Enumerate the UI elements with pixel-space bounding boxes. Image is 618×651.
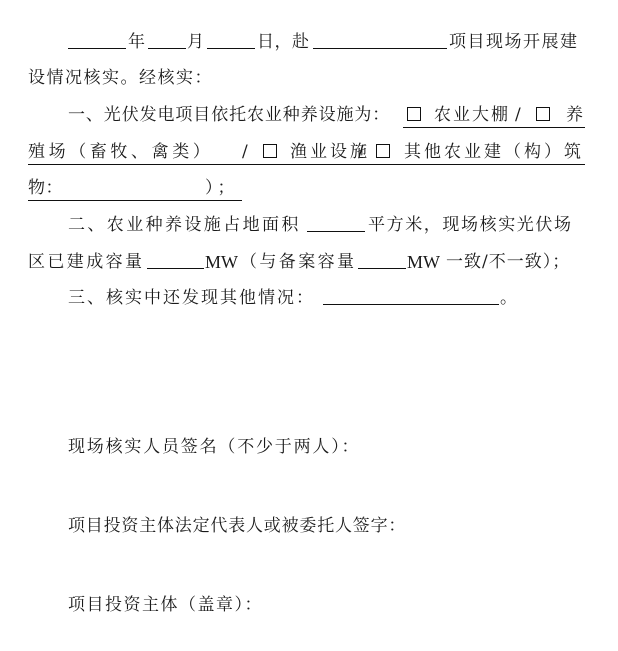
month-blank[interactable] [148, 48, 186, 49]
item1-line-3: 物： ）； [0, 173, 618, 203]
checkbox-icon [376, 144, 390, 158]
consistency-text: 一致/不一致）； [446, 247, 570, 277]
item2-unit: 平方米，现场核实光伏场 [368, 210, 573, 240]
month-label: 月 [187, 27, 205, 57]
item2-line2-lead: 区已建成容量 [28, 247, 144, 277]
item1-line-2: 殖场（畜牧、禽类） / 渔业设施 / 其他农业建（构）筑 [0, 137, 618, 167]
mw-unit-1: MW [205, 247, 238, 277]
legal-rep-label: 项目投资主体法定代表人或被委托人签字： [68, 511, 406, 541]
intro-line-2: 设情况核实。经核实： [0, 63, 618, 93]
intro-line-1: 年 月 日，赴 项目现场开展建 [0, 27, 618, 57]
item2-lead: 二、农业种养设施占地面积 [68, 210, 301, 240]
inspectors-label: 现场核实人员签名（不少于两人）： [68, 432, 360, 462]
filed-capacity-blank[interactable] [358, 268, 406, 269]
other-findings-blank[interactable] [323, 304, 499, 305]
filing-paren: （与备案容量 [240, 247, 356, 277]
item3-end: 。 [500, 283, 518, 313]
separator: / [515, 100, 521, 130]
mw-unit-2: MW [407, 247, 440, 277]
year-label: 年 [128, 27, 146, 57]
checkbox-greenhouse[interactable] [405, 100, 423, 130]
day-blank[interactable] [207, 48, 255, 49]
site-suffix: 项目现场开展建 [449, 27, 579, 57]
separator: / [358, 137, 364, 167]
item1-line-1: 一、光伏发电项目依托农业种养设施为： 农业大棚 / 养 [0, 100, 618, 130]
checkbox-fishery[interactable] [261, 137, 279, 167]
signature-seal: 项目投资主体（盖章）： [0, 590, 618, 620]
seal-label: 项目投资主体（盖章）： [68, 590, 263, 620]
option-breeding-part2: 殖场（畜牧、禽类） [28, 137, 213, 167]
item3-lead: 三、核实中还发现其他情况： [68, 283, 315, 313]
item1-lead: 一、光伏发电项目依托农业种养设施为： [68, 100, 390, 130]
item2-line-1: 二、农业种养设施占地面积 平方米，现场核实光伏场 [0, 210, 618, 240]
year-blank[interactable] [68, 48, 126, 49]
item2-line-2: 区已建成容量 MW （与备案容量 MW 一致/不一致）； [0, 247, 618, 277]
checkbox-icon [536, 107, 550, 121]
item3-line: 三、核实中还发现其他情况： 。 [0, 283, 618, 313]
option-other-part1: 其他农业建（构）筑 [404, 137, 584, 167]
option-other-part2: 物： [28, 173, 63, 203]
signature-inspectors: 现场核实人员签名（不少于两人）： [0, 432, 618, 462]
option-breeding-part1: 养 [566, 100, 584, 130]
built-capacity-blank[interactable] [147, 268, 204, 269]
day-label: 日，赴 [257, 27, 310, 57]
option-greenhouse: 农业大棚 [434, 100, 510, 130]
intro-text: 设情况核实。经核实： [28, 63, 213, 93]
checkbox-icon [263, 144, 277, 158]
separator: / [242, 137, 248, 167]
item1-close: ）； [205, 173, 239, 203]
checkbox-icon [407, 107, 421, 121]
project-name-blank[interactable] [313, 48, 447, 49]
signature-legal-rep: 项目投资主体法定代表人或被委托人签字： [0, 511, 618, 541]
area-blank[interactable] [307, 231, 365, 232]
checkbox-other[interactable] [374, 137, 392, 167]
checkbox-breeding[interactable] [534, 100, 552, 130]
